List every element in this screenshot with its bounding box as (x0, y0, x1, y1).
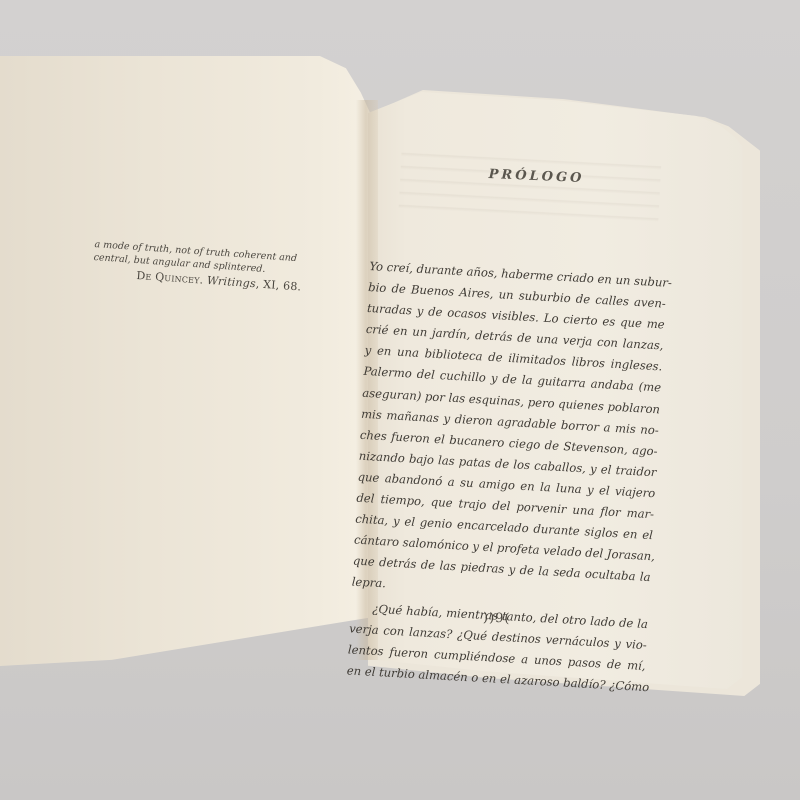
photo-scene: a mode of truth, not of truth coherent a… (0, 0, 800, 800)
show-through-text (398, 143, 661, 227)
left-page (0, 56, 372, 666)
prologue-body: Yo creí, durante años, haberme criado en… (346, 256, 667, 698)
page-number: ))9( (483, 611, 511, 627)
paragraph: Yo creí, durante años, haberme criado en… (351, 256, 667, 610)
